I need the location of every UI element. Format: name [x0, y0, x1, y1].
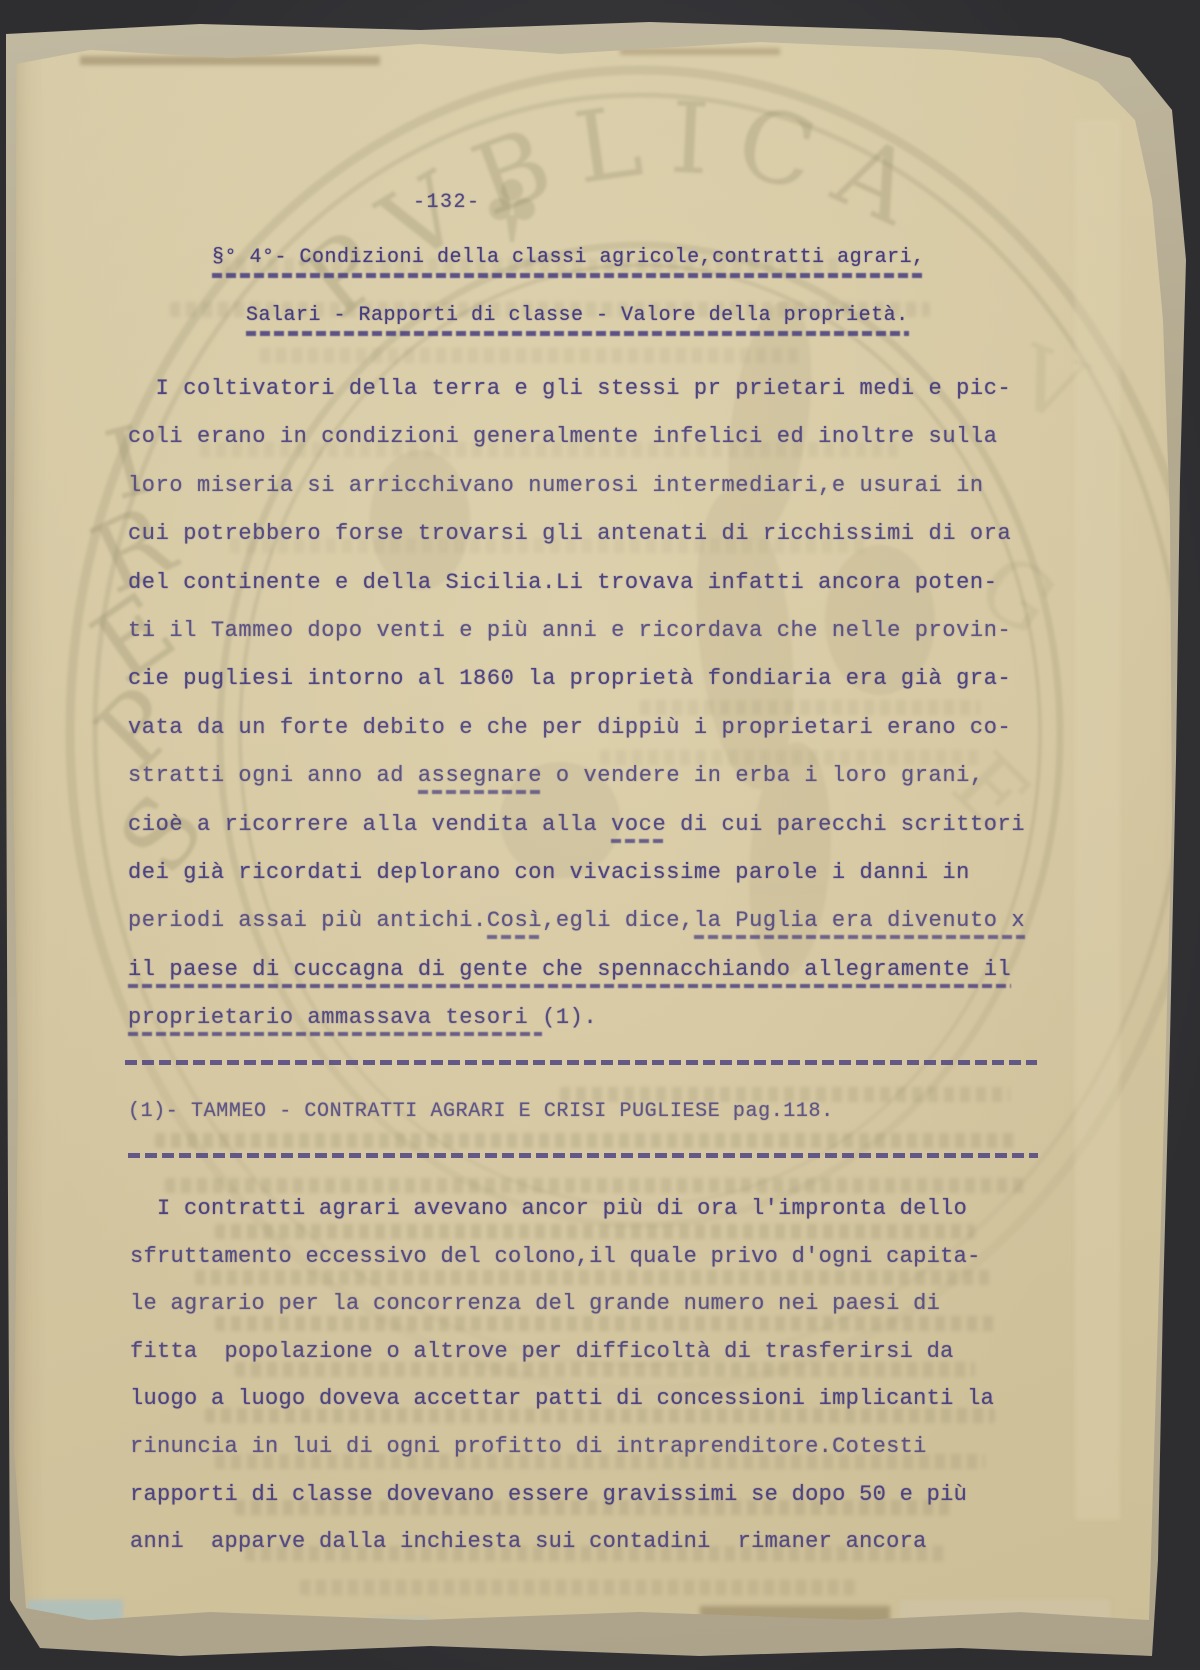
text-segment: o vendere in erba i loro grani,: [542, 763, 984, 788]
text-line: coli erano in condizioni generalmente in…: [128, 424, 1025, 472]
scanned-document-canvas: PVBLICA SPERIVGE: [0, 0, 1200, 1670]
text-segment: vata da un forte debito e che per dippiù…: [128, 715, 1011, 740]
text-line: stratti ogni anno ad assegnare o vendere…: [128, 763, 1025, 811]
footnote-separator-bottom: [128, 1153, 1038, 1158]
text-segment: anni apparve dalla inchiesta sui contadi…: [130, 1529, 927, 1554]
text-segment: ,egli dice,: [542, 908, 694, 933]
underlined-text: Così: [487, 908, 542, 933]
text-segment: sfruttamento eccessivo del colono,il qua…: [130, 1244, 981, 1269]
bleedthrough-line: [155, 1133, 1015, 1148]
footnote: (1)- TAMMEO - CONTRATTI AGRARI E CRISI P…: [128, 1100, 834, 1123]
bleedthrough-line: [260, 348, 800, 363]
text-line: sfruttamento eccessivo del colono,il qua…: [130, 1244, 994, 1292]
text-line: luogo a luogo doveva accettar patti di c…: [130, 1386, 994, 1434]
text-segment: cui potrebbero forse trovarsi gli antena…: [128, 521, 1011, 546]
text-segment: loro miseria si arricchivano numerosi in…: [128, 473, 984, 498]
text-segment: rapporti di classe dovevano essere gravi…: [130, 1482, 967, 1507]
text-line: anni apparve dalla inchiesta sui contadi…: [130, 1529, 994, 1577]
text-line: il paese di cuccagna di gente che spenna…: [128, 957, 1025, 1005]
text-line: cui potrebbero forse trovarsi gli antena…: [128, 521, 1025, 569]
text-segment: le agrario per la concorrenza del grande…: [130, 1291, 940, 1316]
text-line: le agrario per la concorrenza del grande…: [130, 1291, 994, 1339]
text-segment: ti il Tammeo dopo venti e più anni e ric…: [128, 618, 1011, 643]
text-segment: periodi assai più antichi.: [128, 908, 487, 933]
text-line: I contratti agrari avevano ancor più di …: [130, 1196, 994, 1244]
text-line: dei già ricordati deplorano con vivaciss…: [128, 860, 1025, 908]
text-line: proprietario ammassava tesori (1).: [128, 1005, 1025, 1053]
underlined-text: voce: [611, 812, 666, 837]
section-heading-line1: §° 4°- Condizioni della classi agricole,…: [212, 246, 925, 269]
text-segment: del continente e della Sicilia.Li trovav…: [128, 570, 998, 595]
text-line: vata da un forte debito e che per dippiù…: [128, 715, 1025, 763]
heading-text: §° 4°- Condizioni della classi agricole,…: [212, 246, 925, 269]
text-segment: luogo a luogo doveva accettar patti di c…: [130, 1386, 994, 1411]
text-line: cie pugliesi intorno al 1860 la propriet…: [128, 666, 1025, 714]
heading-text: Salari - Rapporti di classe - Valore del…: [246, 304, 909, 327]
page-number: -132-: [413, 191, 481, 214]
text-segment: coli erano in condizioni generalmente in…: [128, 424, 998, 449]
footnote-separator-top: [125, 1060, 1037, 1065]
text-line: rapporti di classe dovevano essere gravi…: [130, 1482, 994, 1530]
text-line: periodi assai più antichi.Così,egli dice…: [128, 908, 1025, 956]
text-line: rinuncia in lui di ogni profitto di intr…: [130, 1434, 994, 1482]
text-line: del continente e della Sicilia.Li trovav…: [128, 570, 1025, 618]
paper-edge-highlight: [1075, 120, 1120, 1520]
text-line: I coltivatori della terra e gli stessi p…: [128, 376, 1025, 424]
text-segment: di cui parecchi scrittori: [666, 812, 1025, 837]
text-segment: dei già ricordati deplorano con vivaciss…: [128, 860, 970, 885]
bleedthrough-line: [165, 1178, 1025, 1193]
text-segment: cioè a ricorrere alla vendita alla: [128, 812, 611, 837]
paragraph-2: I contratti agrari avevano ancor più di …: [130, 1196, 994, 1577]
underlined-text: il paese di cuccagna di gente che spenna…: [128, 957, 1011, 982]
text-line: loro miseria si arricchivano numerosi in…: [128, 473, 1025, 521]
section-heading-line2: Salari - Rapporti di classe - Valore del…: [246, 304, 909, 327]
text-segment: I contratti agrari avevano ancor più di …: [130, 1196, 967, 1221]
text-line: ti il Tammeo dopo venti e più anni e ric…: [128, 618, 1025, 666]
text-segment: (1).: [542, 1005, 597, 1030]
underlined-text: assegnare: [418, 763, 542, 788]
underlined-text: proprietario ammassava tesori: [128, 1005, 542, 1030]
document-page: PVBLICA SPERIVGE: [0, 0, 1200, 1670]
text-segment: rinuncia in lui di ogni profitto di intr…: [130, 1434, 927, 1459]
text-segment: stratti ogni anno ad: [128, 763, 418, 788]
underlined-text: la Puglia era divenuto x: [694, 908, 1025, 933]
bleedthrough-line: [300, 1580, 860, 1595]
text-segment: fitta popolazione o altrove per difficol…: [130, 1339, 954, 1364]
paragraph-1: I coltivatori della terra e gli stessi p…: [128, 376, 1025, 1053]
text-segment: cie pugliesi intorno al 1860 la propriet…: [128, 666, 1011, 691]
text-line: fitta popolazione o altrove per difficol…: [130, 1339, 994, 1387]
text-line: cioè a ricorrere alla vendita alla voce …: [128, 812, 1025, 860]
text-segment: I coltivatori della terra e gli stessi p…: [128, 376, 1011, 401]
paper-blotch: [620, 48, 780, 55]
